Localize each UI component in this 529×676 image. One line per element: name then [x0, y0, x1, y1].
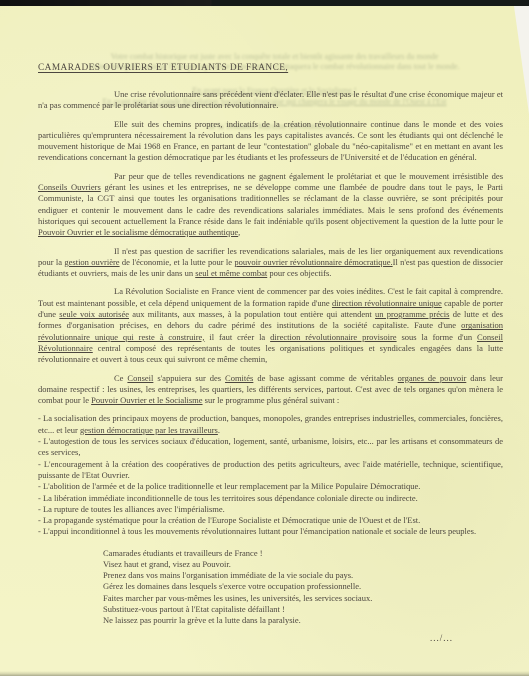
program-item: - L'encouragement à la création des coop…: [38, 459, 503, 482]
text-run: Une crise révolutionnaire sans précédent…: [38, 89, 503, 110]
program-item: - L'abolition de l'armée et de la police…: [38, 481, 503, 492]
closing-line: Camarades étudiants et travailleurs de F…: [103, 548, 503, 559]
text-run: de l'économie, et la lutte pour le: [120, 257, 235, 267]
text-run: sur le programme plus général suivant :: [203, 395, 340, 405]
underlined-phrase: un programme précis: [375, 309, 449, 319]
underlined-phrase: Conseils Ouvriers: [38, 182, 101, 192]
program-item: - La libération immédiate inconditionnel…: [38, 493, 503, 504]
text-run: il faut créer la: [204, 332, 270, 342]
text-run: - La rupture de toutes les alliances ave…: [38, 504, 225, 514]
document-title: CAMARADES OUVRIERS ET ETUDIANTS DE FRANC…: [38, 63, 503, 73]
underlined-phrase: gestion ouvrière: [64, 257, 119, 267]
underlined-phrase: Comités: [225, 373, 253, 383]
underlined-phrase: direction révolutionnaire provisoire: [270, 332, 396, 342]
underlined-phrase: seul et même combat: [195, 268, 267, 278]
closing-line: Prenez dans vos mains l'organisation imm…: [103, 570, 503, 581]
text-run: - L'abolition de l'armée et de la police…: [38, 481, 420, 491]
underlined-phrase: organes de pouvoir: [398, 373, 467, 383]
text-run: Ce: [114, 373, 127, 383]
text-run: gérant les usines et les entreprises, ne…: [38, 182, 503, 226]
program-item: - La socialisation des principaux moyens…: [38, 413, 503, 436]
body-paragraphs: Une crise révolutionnaire sans précédent…: [38, 89, 503, 406]
text-run: Par peur que de telles revendications ne…: [114, 171, 503, 181]
underlined-phrase: Conseil: [127, 373, 153, 383]
closing-line: Ne laissez pas pourrir la grève et la lu…: [103, 615, 503, 626]
text-run: - La propagande systématique pour la cré…: [38, 515, 420, 525]
program-item: - L'autogestion de tous les services soc…: [38, 436, 503, 459]
text-run: .: [218, 425, 220, 435]
closing-exhortations: Camarades étudiants et travailleurs de F…: [103, 548, 503, 626]
text-run: sous la forme d'un: [397, 332, 477, 342]
paragraph: La Révolution Socialiste en France vient…: [38, 286, 503, 365]
scanned-leaflet-page: Votre combat historique est juste avec l…: [0, 0, 529, 676]
underlined-phrase: Pouvoir Ouvrier et le socialisme démocra…: [38, 227, 238, 237]
text-run: - L'encouragement à la création des coop…: [38, 459, 503, 480]
underlined-phrase: pouvoir ouvrier révolutionnaire démocrat…: [234, 257, 392, 267]
program-item: - La rupture de toutes les alliances ave…: [38, 504, 503, 515]
text-run: - La libération immédiate inconditionnel…: [38, 493, 418, 503]
underlined-phrase: seule voix autorisée: [59, 309, 129, 319]
text-run: central composé des représentants de tou…: [38, 343, 503, 364]
underlined-phrase: direction révolutionnaire unique: [332, 298, 442, 308]
paragraph: Elle suit des chemins propres, indicatif…: [38, 119, 503, 164]
program-item: - La propagande systématique pour la cré…: [38, 515, 503, 526]
paragraph: Ce Conseil s'appuiera sur des Comités de…: [38, 373, 503, 407]
paragraph: Une crise révolutionnaire sans précédent…: [38, 89, 503, 112]
leaflet-content: CAMARADES OUVRIERS ET ETUDIANTS DE FRANC…: [0, 0, 529, 643]
underlined-phrase: Pouvoir Ouvrier et le Socialisme: [91, 395, 202, 405]
text-run: ,: [238, 227, 240, 237]
text-run: aux militants, aux masses, à la populati…: [129, 309, 375, 319]
program-demands-list: - La socialisation des principaux moyens…: [38, 413, 503, 537]
text-run: - L'autogestion de tous les services soc…: [38, 436, 503, 457]
text-run: s'appuiera sur des: [153, 373, 225, 383]
closing-line: Gérez les domaines dans lesquels s'exerc…: [103, 581, 503, 592]
paragraph: Il n'est pas question de sacrifier les r…: [38, 246, 503, 280]
underlined-phrase: gestion démocratique par les travailleur…: [80, 425, 218, 435]
text-run: - L'appui inconditionnel à tous les mouv…: [38, 526, 476, 536]
closing-line: Faites marcher par vous-mêmes les usines…: [103, 593, 503, 604]
program-item: - L'appui inconditionnel à tous les mouv…: [38, 526, 503, 537]
continuation-mark: .../...: [38, 633, 503, 643]
text-run: Elle suit des chemins propres, indicatif…: [38, 119, 503, 163]
paragraph: Par peur que de telles revendications ne…: [38, 171, 503, 239]
text-run: pour ces objectifs.: [267, 268, 331, 278]
text-run: de base agissant comme de véritables: [253, 373, 397, 383]
scan-bottom-edge: [0, 671, 529, 676]
closing-line: Visez haut et grand, visez au Pouvoir.: [103, 559, 503, 570]
closing-line: Substituez-vous partout à l'Etat capital…: [103, 604, 503, 615]
